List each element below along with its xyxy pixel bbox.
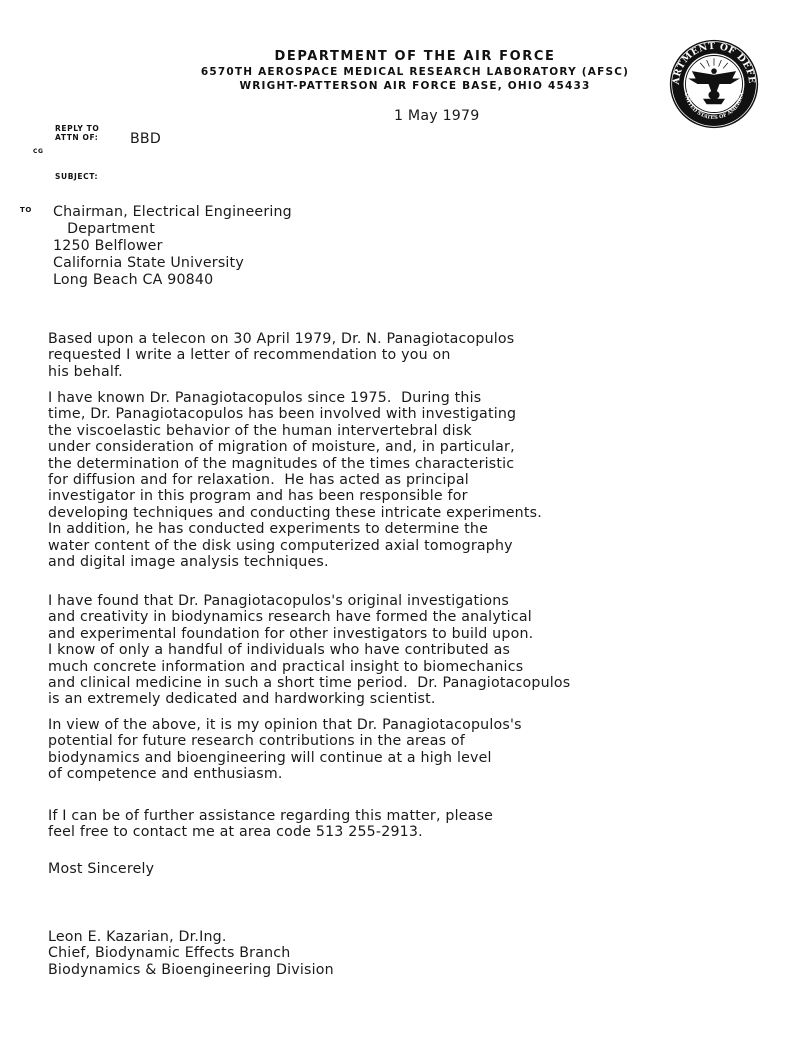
subject-label: SUBJECT:: [55, 172, 98, 181]
reply-to-label: REPLY TO ATTN OF:: [55, 124, 99, 142]
paragraph-3: I have found that Dr. Panagiotacopulos's…: [48, 593, 570, 708]
department-of-defense-seal-icon: DEPARTMENT OF DEFENSE UNITED STATES OF A…: [668, 38, 760, 130]
paragraph-1: Based upon a telecon on 30 April 1979, D…: [48, 331, 514, 380]
letter-date: 1 May 1979: [394, 108, 479, 124]
recipient-address: Chairman, Electrical Engineering Departm…: [53, 204, 292, 289]
paragraph-2: I have known Dr. Panagiotacopulos since …: [48, 390, 542, 570]
letterhead-department: DEPARTMENT OF THE AIR FORCE: [190, 49, 640, 64]
paragraph-4: In view of the above, it is my opinion t…: [48, 717, 522, 783]
signature-block: Leon E. Kazarian, Dr.Ing. Chief, Biodyna…: [48, 929, 334, 978]
reply-to-value: BBD: [130, 131, 161, 147]
paragraph-5: If I can be of further assistance regard…: [48, 808, 493, 841]
letterhead-laboratory: 6570TH AEROSPACE MEDICAL RESEARCH LABORA…: [180, 66, 650, 78]
closing: Most Sincerely: [48, 861, 154, 877]
cg-mark: CG: [33, 147, 44, 156]
to-label: TO: [20, 206, 32, 215]
letterhead-address: WRIGHT-PATTERSON AIR FORCE BASE, OHIO 45…: [190, 80, 640, 92]
